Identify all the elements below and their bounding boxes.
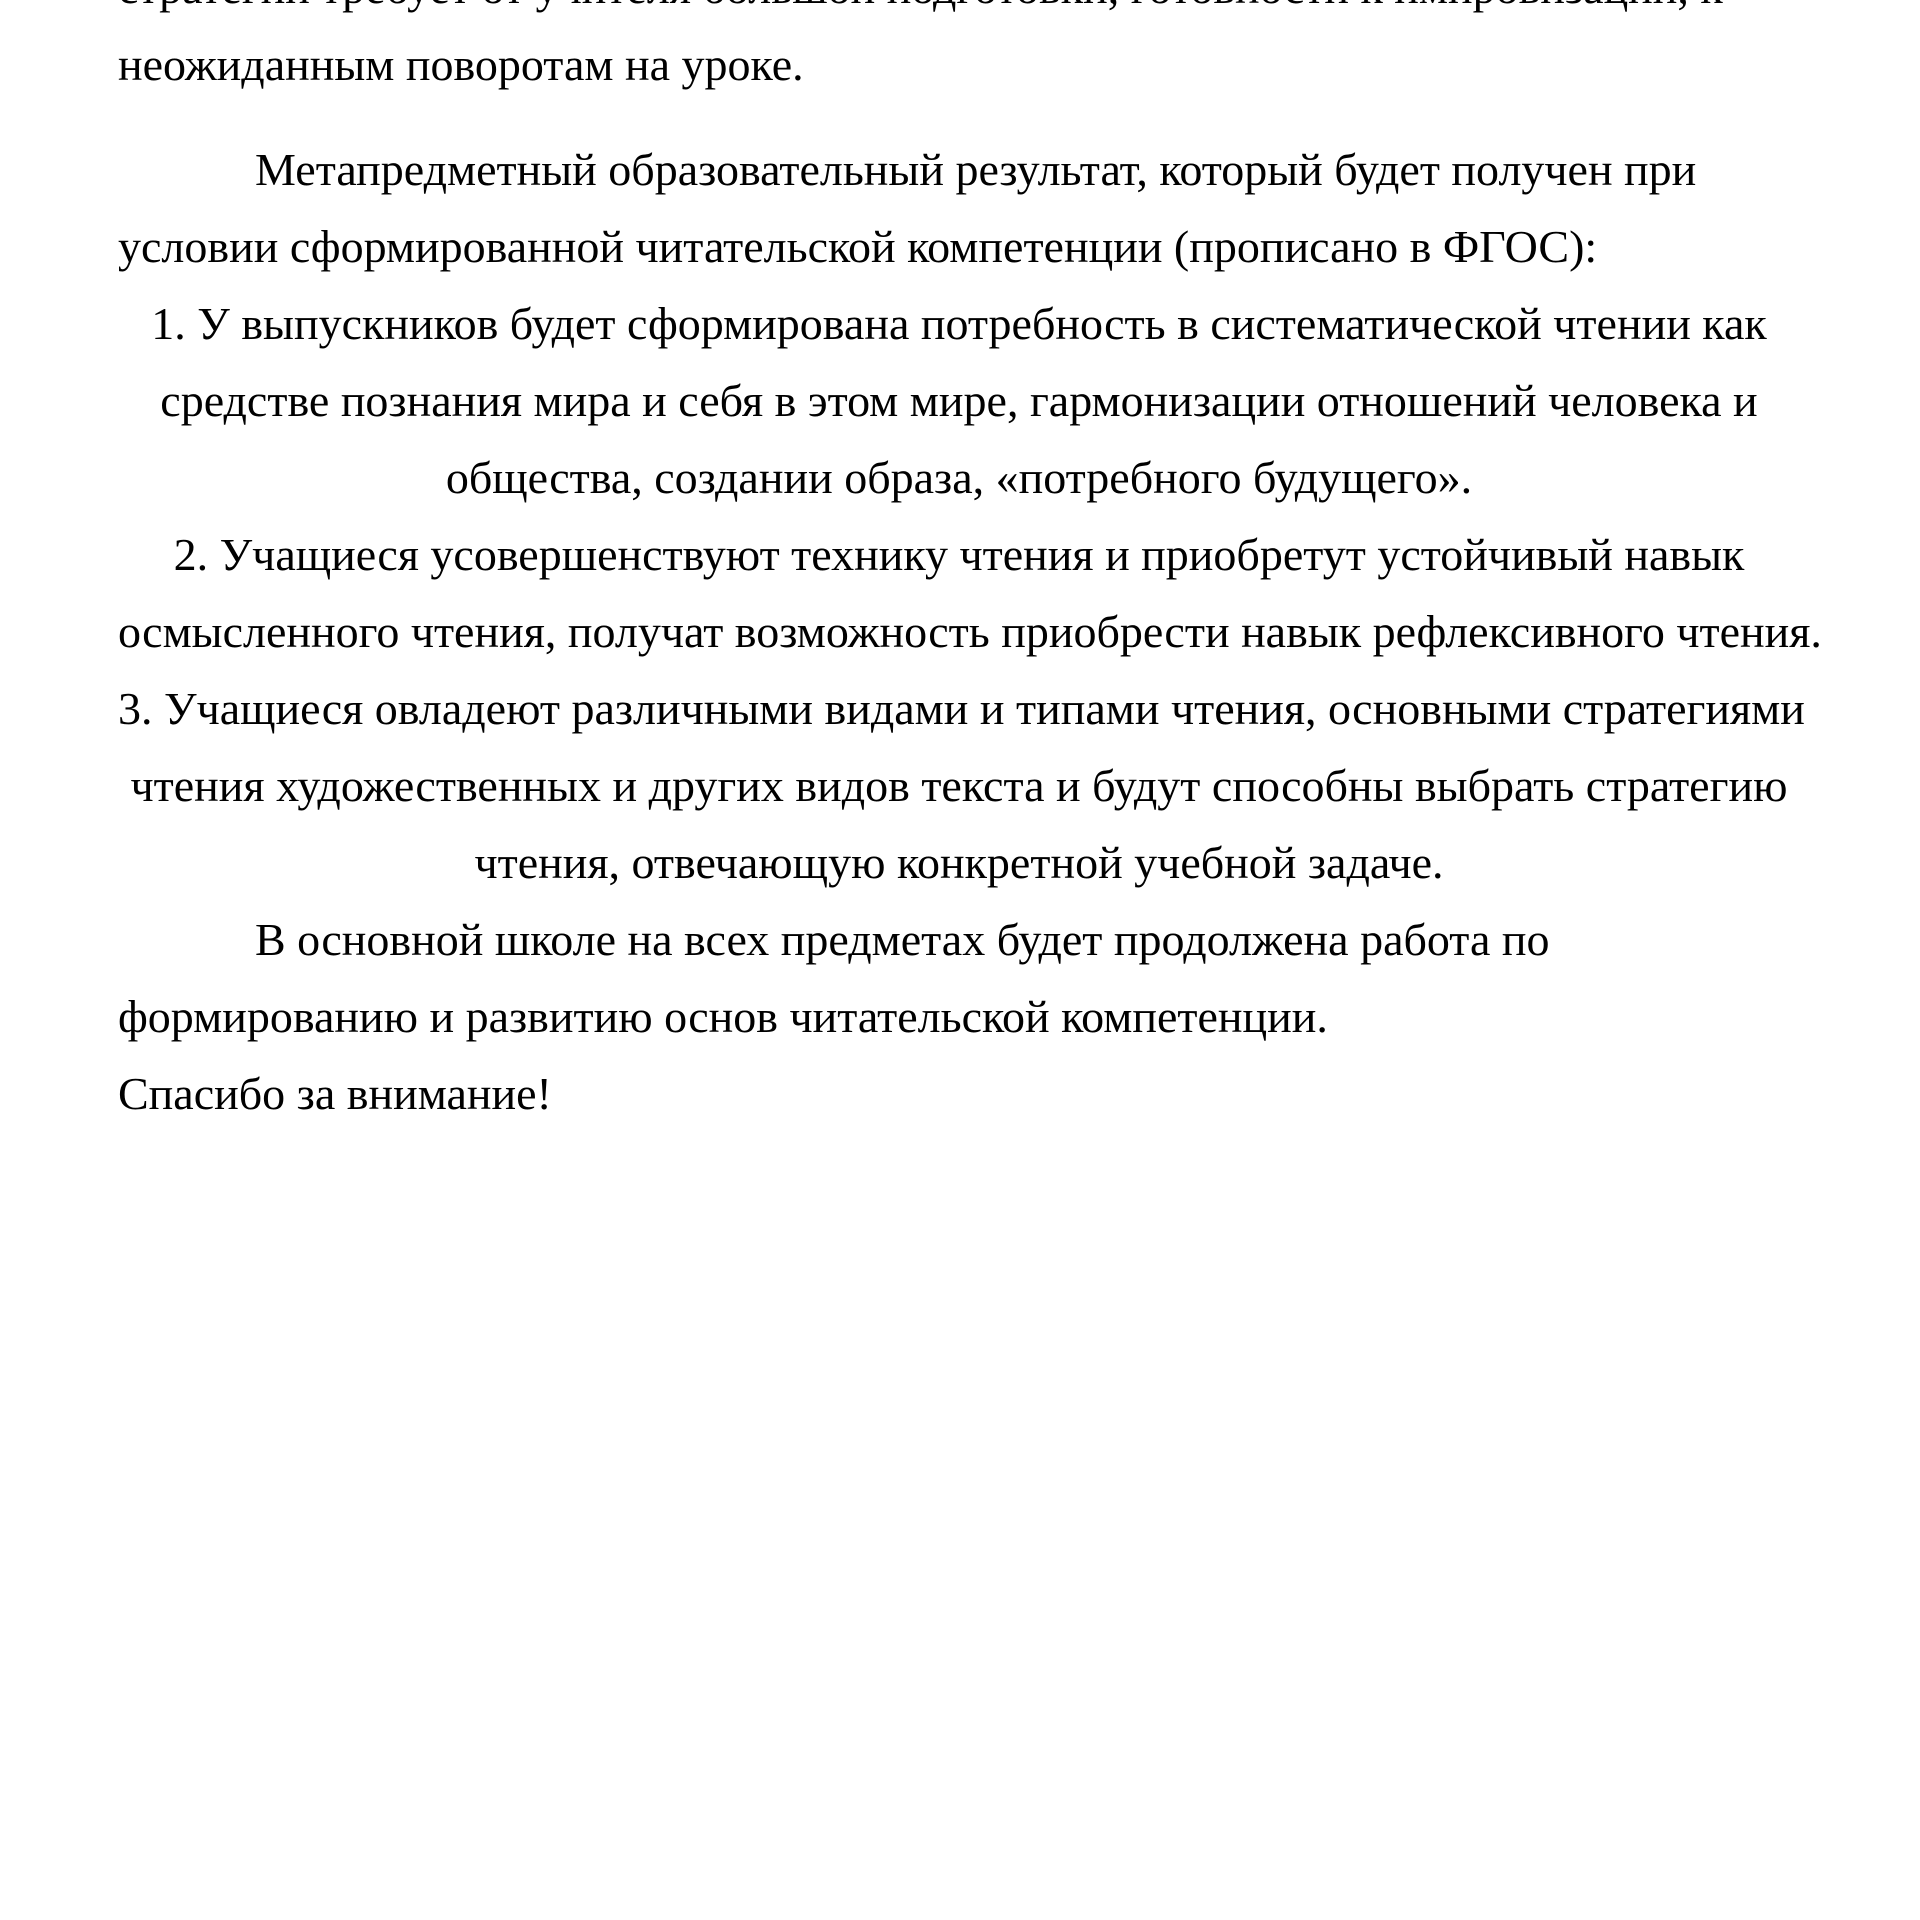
text-line: Спасибо за внимание! (118, 1055, 1800, 1132)
text-line: чтения, отвечающую конкретной учебной за… (118, 824, 1800, 901)
clipped-line: стратегий требует от учителя большой под… (118, 0, 1800, 26)
paragraph-clipped-top: стратегий требует от учителя большой под… (118, 0, 1800, 103)
text-line: условии сформированной читательской комп… (118, 208, 1800, 285)
list-item-1: 1. У выпускников будет сформирована потр… (118, 285, 1800, 516)
text-line: чтения художественных и других видов тек… (118, 747, 1800, 824)
text-line: неожиданным поворотам на уроке. (118, 26, 1800, 103)
paragraph-metapredmetny: Метапредметный образовательный результат… (118, 131, 1800, 285)
text-line: В основной школе на всех предметах будет… (118, 901, 1800, 978)
document-text-flow: стратегий требует от учителя большой под… (118, 0, 1800, 1132)
document-page: стратегий требует от учителя большой под… (0, 0, 1920, 1920)
paragraph-osnovnaya-shkola: В основной школе на всех предметах будет… (118, 901, 1800, 1055)
list-item-3: 3. Учащиеся овладеют различными видами и… (118, 670, 1800, 901)
text-line: средстве познания мира и себя в этом мир… (118, 362, 1800, 439)
text-line: общества, создании образа, «потребного б… (118, 439, 1800, 516)
list-item-2: 2. Учащиеся усовершенствуют технику чтен… (118, 516, 1800, 670)
text-line: 3. Учащиеся овладеют различными видами и… (118, 670, 1800, 747)
text-line: осмысленного чтения, получат возможность… (118, 593, 1800, 670)
text-line: формированию и развитию основ читательск… (118, 978, 1800, 1055)
text-line: 1. У выпускников будет сформирована потр… (118, 285, 1800, 362)
text-line: 2. Учащиеся усовершенствуют технику чтен… (118, 516, 1800, 593)
text-line: Метапредметный образовательный результат… (118, 131, 1800, 208)
paragraph-thanks: Спасибо за внимание! (118, 1055, 1800, 1132)
